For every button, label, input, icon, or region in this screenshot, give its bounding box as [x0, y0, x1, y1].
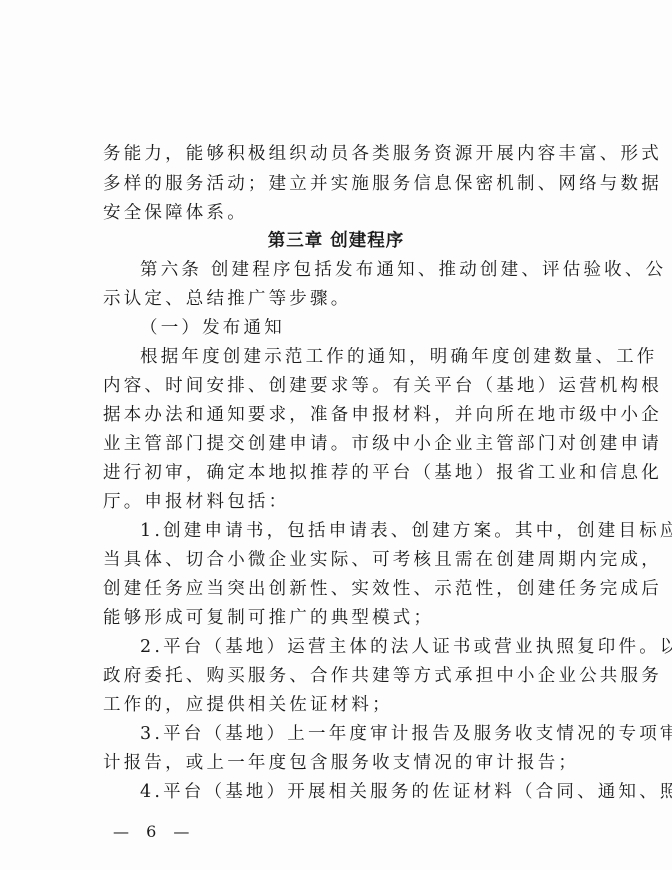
list-item-text: 创建任务应当突出创新性、实效性、示范性，创建任务完成后: [103, 577, 559, 601]
section-title: （一）发布通知: [140, 316, 560, 340]
body-text-line: 多样的服务活动；建立并实施服务信息保密机制、网络与数据: [103, 172, 559, 196]
list-item-text: 2.平台（基地）运营主体的法人证书或营业执照复印件。以: [140, 635, 560, 659]
list-item-text: 计报告，或上一年度包含服务收支情况的审计报告；: [103, 751, 559, 775]
section-text-line: 内容、时间安排、创建要求等。有关平台（基地）运营机构根: [103, 374, 559, 398]
section-text-line: 进行初审，确定本地拟推荐的平台（基地）报省工业和信息化: [103, 461, 559, 485]
body-text-line: 务能力，能够积极组织动员各类服务资源开展内容丰富、形式: [103, 142, 559, 166]
article-text-line: 第六条 创建程序包括发布通知、推动创建、评估验收、公: [140, 258, 560, 282]
section-text-line: 根据年度创建示范工作的通知，明确年度创建数量、工作: [140, 345, 560, 369]
list-item-text: 工作的，应提供相关佐证材料；: [103, 693, 559, 717]
list-item-text: 能够形成可复制可推广的典型模式；: [103, 606, 559, 630]
article-text-line: 示认定、总结推广等步骤。: [103, 287, 559, 311]
list-item-text: 4.平台（基地）开展相关服务的佐证材料（合同、通知、照: [140, 780, 560, 804]
chapter-title: 第三章 创建程序: [0, 229, 672, 253]
body-text-line: 安全保障体系。: [103, 201, 559, 225]
list-item-text: 当具体、切合小微企业实际、可考核且需在创建周期内完成，: [103, 548, 559, 572]
section-text-line: 厅。申报材料包括：: [103, 490, 559, 514]
section-text-line: 业主管部门提交创建申请。市级中小企业主管部门对创建申请: [103, 432, 559, 456]
section-text-line: 据本办法和通知要求，准备申报材料，并向所在地市级中小企: [103, 403, 559, 427]
list-item-text: 政府委托、购买服务、合作共建等方式承担中小企业公共服务: [103, 664, 559, 688]
page-number: — 6 —: [113, 822, 195, 841]
document-page: 务能力，能够积极组织动员各类服务资源开展内容丰富、形式 多样的服务活动；建立并实…: [0, 0, 672, 870]
list-item-text: 3.平台（基地）上一年度审计报告及服务收支情况的专项审: [140, 722, 560, 746]
list-item-text: 1.创建申请书，包括申请表、创建方案。其中，创建目标应: [140, 519, 560, 543]
